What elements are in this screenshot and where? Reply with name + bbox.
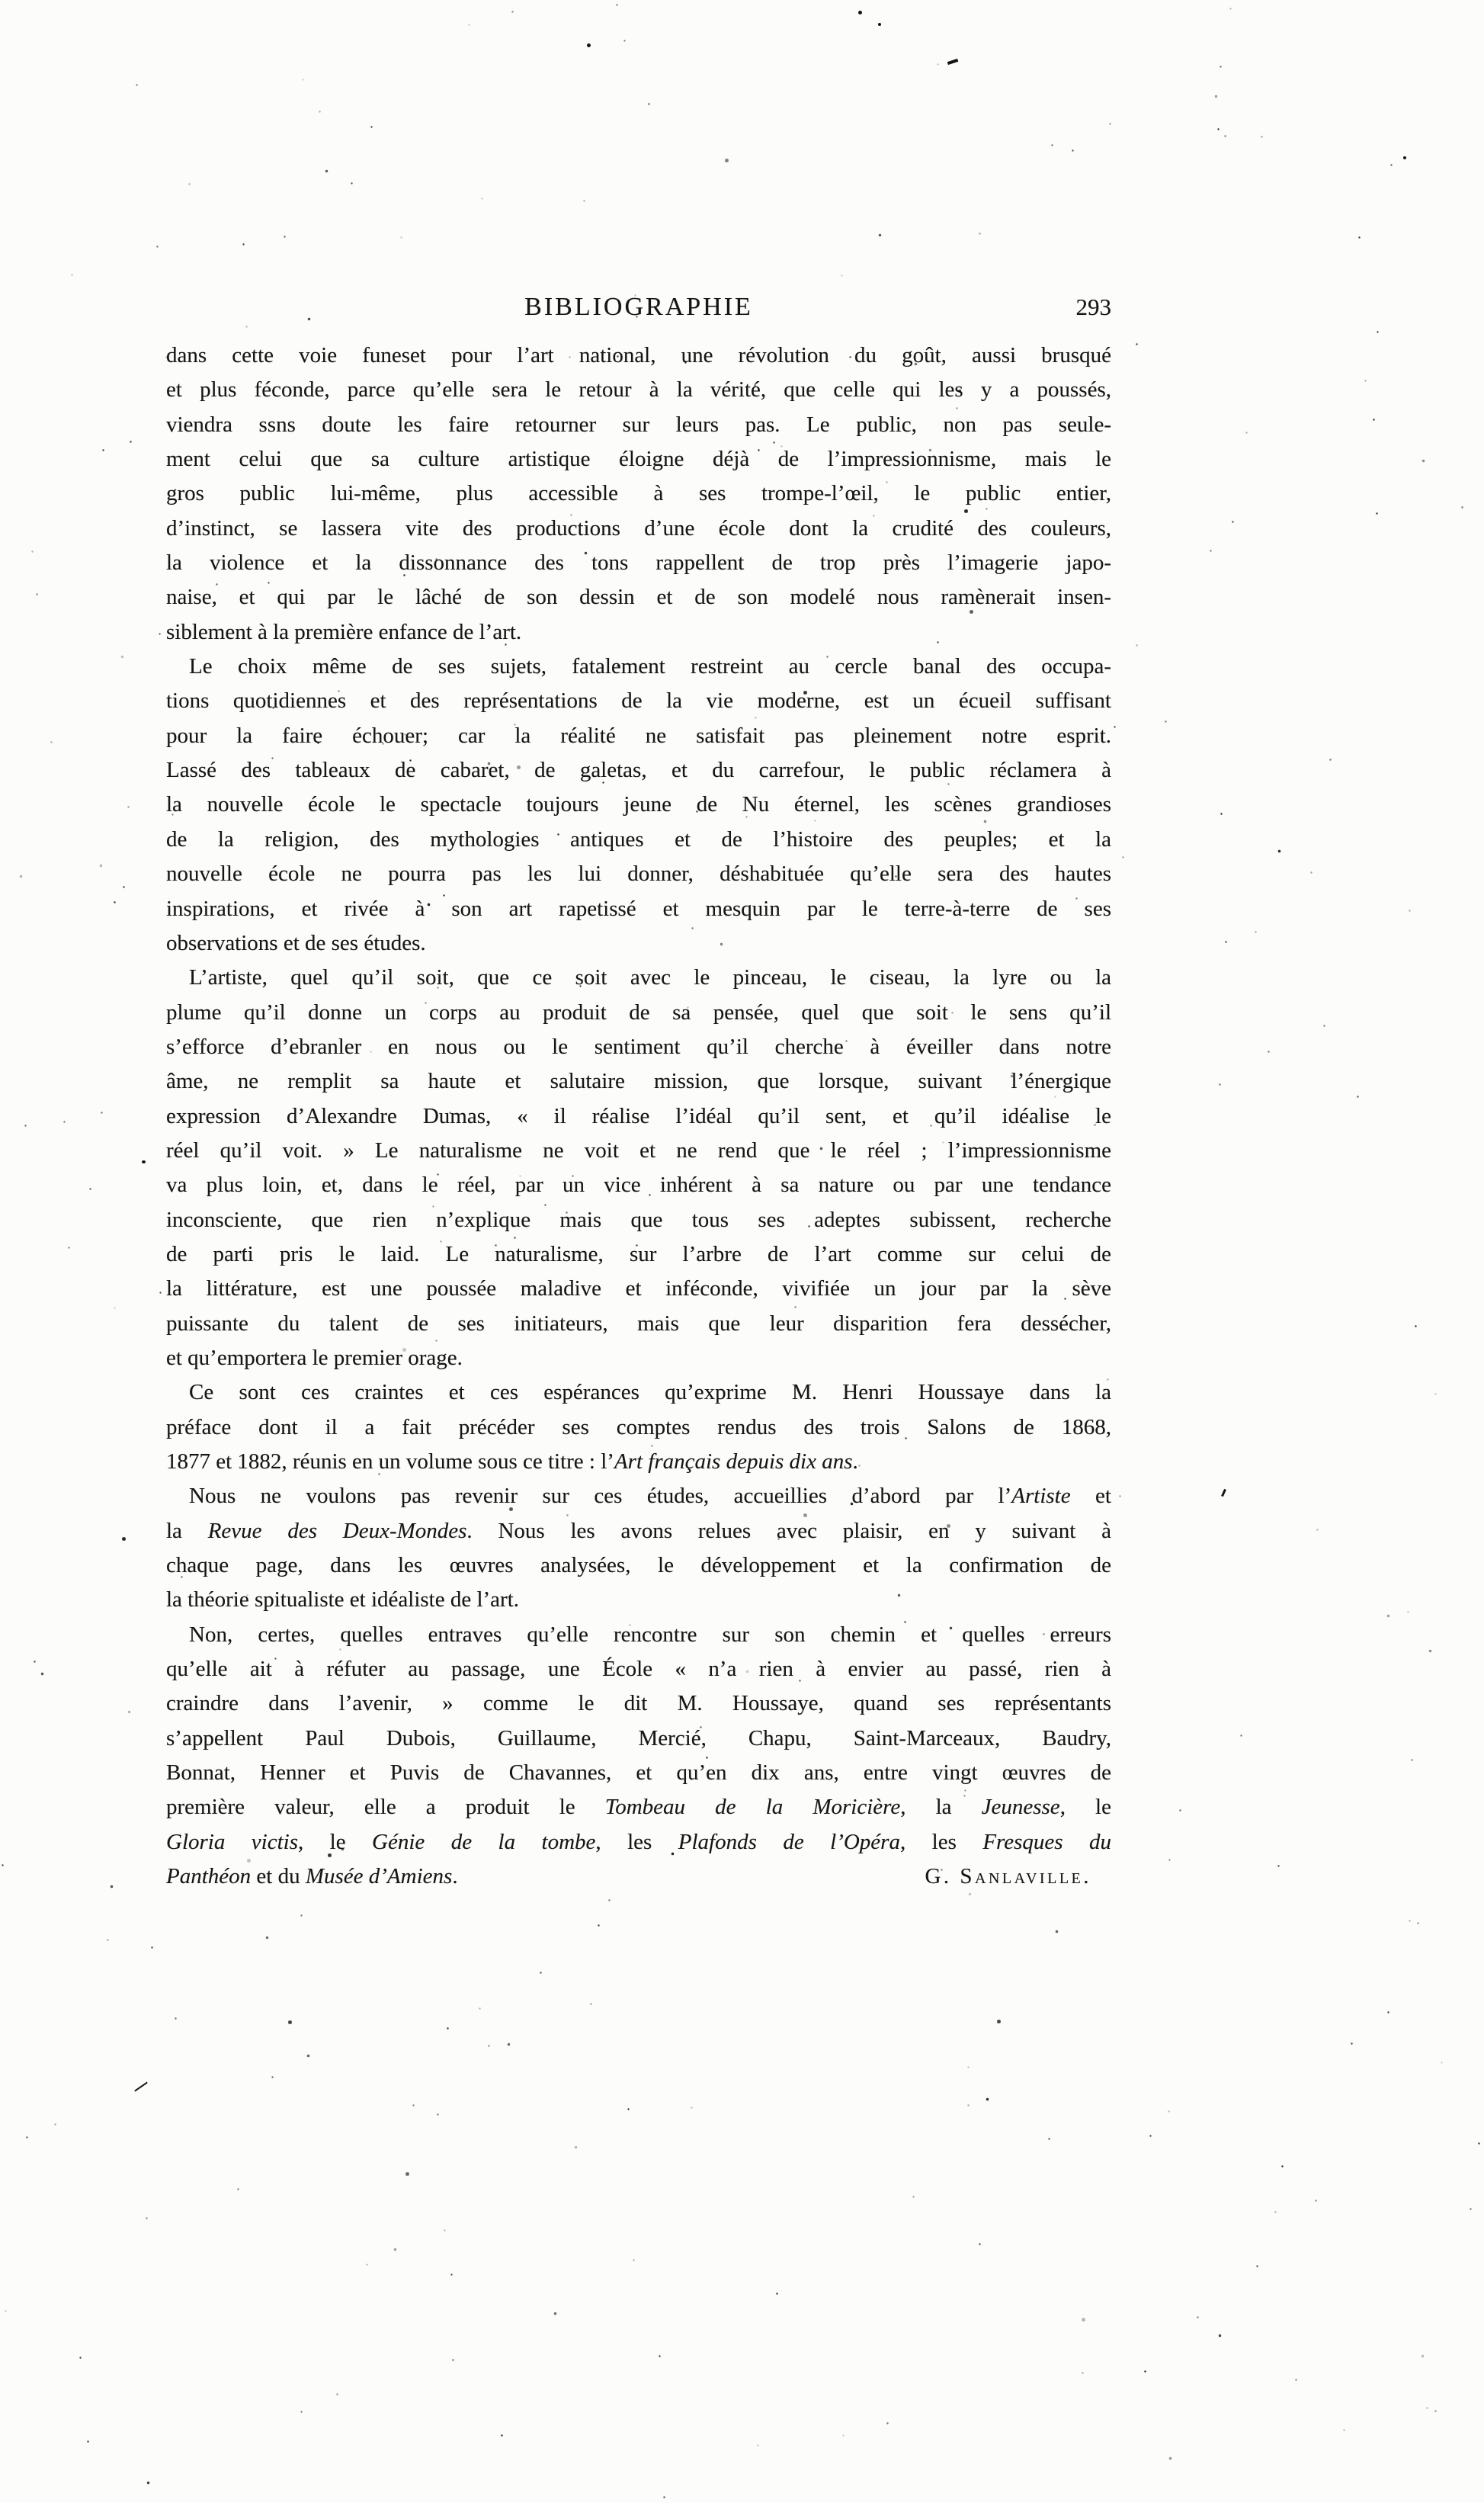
scan-artifact [587,43,591,47]
text-line: la littérature, est une poussée maladive… [166,1272,1111,1306]
italic-text-segment: Musée d’Amiens [306,1864,452,1888]
text-segment: , la [900,1795,981,1819]
text-line-content: Panthéon et du Musée d’Amiens. [166,1860,458,1894]
italic-text-segment: Jeunesse [982,1795,1060,1819]
text-segment: viendra ssns doute les faire retourner s… [166,412,1111,437]
text-line: la théorie spitualiste et idéaliste de l… [166,1583,1111,1617]
text-line: va plus loin, et, dans le réel, par un v… [166,1168,1111,1202]
text-segment: ment celui que sa culture artistique élo… [166,447,1111,471]
text-line: s’appellent Paul Dubois, Guillaume, Merc… [166,1722,1111,1756]
text-line: viendra ssns doute les faire retourner s… [166,408,1111,442]
text-line: craindre dans l’avenir, » comme le dit M… [166,1686,1111,1721]
text-line: nouvelle école ne pourra pas les lui don… [166,857,1111,891]
page-number: 293 [1076,294,1112,321]
text-segment: et du [251,1864,306,1888]
text-segment: Lassé des tableaux de cabaret, de galeta… [166,758,1111,782]
text-segment: inspirations, et rivée à son art rapetis… [166,897,1111,921]
text-segment: Ce sont ces craintes et ces espérances q… [189,1380,1111,1404]
scan-artifact [142,1160,146,1163]
italic-text-segment: Génie de la tombe [372,1830,595,1854]
text-segment: L’artiste, quel qu’il soit, que ce soit … [189,965,1111,990]
text-line: de la religion, des mythologies antiques… [166,823,1111,857]
text-segment: et qu’emportera le premier orage. [166,1346,463,1370]
text-segment: âme, ne remplit sa haute et salutaire mi… [166,1069,1111,1093]
text-segment: . [452,1864,457,1888]
text-line: L’artiste, quel qu’il soit, que ce soit … [166,961,1111,995]
text-line: la violence et la dissonnance des tons r… [166,546,1111,580]
text-segment: Nous ne voulons pas revenir sur ces étud… [189,1484,1011,1508]
scan-artifact [1221,1489,1226,1497]
italic-text-segment: Artiste [1011,1484,1070,1508]
page-title: BIBLIOGRAPHIE [166,293,1111,322]
text-line: 1877 et 1882, réunis en un volume sous c… [166,1445,1111,1479]
text-line: puissante du talent de ses initiateurs, … [166,1307,1111,1341]
text-segment: 1877 et 1882, réunis en un volume sous c… [166,1449,614,1474]
text-segment: la littérature, est une poussée maladive… [166,1276,1111,1301]
text-line: Le choix même de ses sujets, fatalement … [166,650,1111,684]
text-line: Ce sont ces craintes et ces espérances q… [166,1375,1111,1410]
author-signature: G. Sanlaville. [925,1860,1091,1894]
italic-text-segment: Revue des Deux-Mondes [208,1519,467,1543]
italic-text-segment: Gloria victis [166,1830,298,1854]
text-segment: nouvelle école ne pourra pas les lui don… [166,862,1111,886]
text-line: réel qu’il voit. » Le naturalisme ne voi… [166,1134,1111,1168]
text-segment: Non, certes, quelles entraves qu’elle re… [189,1622,1111,1647]
text-line: Lassé des tableaux de cabaret, de galeta… [166,753,1111,788]
scanned-book-page: BIBLIOGRAPHIE 293 dans cette voie funese… [0,0,1484,2503]
text-segment: craindre dans l’avenir, » comme le dit M… [166,1691,1111,1715]
text-segment: préface dont il a fait précéder ses comp… [166,1415,1111,1439]
text-line: plume qu’il donne un corps au produit de… [166,996,1111,1030]
text-line: Panthéon et du Musée d’Amiens.G. Sanlavi… [166,1860,1111,1894]
text-line: première valeur, elle a produit le Tombe… [166,1790,1111,1824]
text-segment: la nouvelle école le spectacle toujours … [166,792,1111,817]
text-segment: expression d’Alexandre Dumas, « il réali… [166,1104,1111,1128]
scan-artifact [878,23,881,26]
text-segment: réel qu’il voit. » Le naturalisme ne voi… [166,1138,1111,1163]
text-line: la nouvelle école le spectacle toujours … [166,788,1111,822]
text-line: observations et de ses études. [166,926,1111,961]
text-line: et plus féconde, parce qu’elle sera le r… [166,373,1111,407]
text-line: de parti pris le laid. Le naturalisme, s… [166,1237,1111,1272]
text-segment: . Nous les avons relues avec plaisir, en… [466,1519,1111,1543]
text-segment: de parti pris le laid. Le naturalisme, s… [166,1242,1111,1266]
text-segment: siblement à la première enfance de l’art… [166,620,521,644]
text-line: préface dont il a fait précéder ses comp… [166,1410,1111,1445]
text-line: naise, et qui par le lâché de son dessin… [166,580,1111,615]
text-line: s’efforce d’ebranler en nous ou le senti… [166,1030,1111,1064]
italic-text-segment: Art français depuis dix ans [614,1449,853,1474]
text-segment: chaque page, dans les œuvres analysées, … [166,1553,1111,1577]
scan-artifact [947,59,959,65]
scan-noise [0,0,1,1]
text-line: Non, certes, quelles entraves qu’elle re… [166,1618,1111,1652]
text-segment: la violence et la dissonnance des tons r… [166,550,1111,575]
text-segment: va plus loin, et, dans le réel, par un v… [166,1173,1111,1197]
italic-text-segment: Plafonds de l’Opéra [678,1830,900,1854]
body-text: dans cette voie funeset pour l’art natio… [166,339,1111,1894]
text-segment: de la religion, des mythologies antiques… [166,827,1111,852]
text-line: chaque page, dans les œuvres analysées, … [166,1548,1111,1583]
text-segment: , les [595,1830,678,1854]
text-segment: gros public lui-même, plus accessible à … [166,481,1111,505]
text-segment: d’instinct, se lassera vite des producti… [166,516,1111,541]
text-segment: puissante du talent de ses initiateurs, … [166,1311,1111,1336]
text-segment: pour la faire échouer; car la réalité ne… [166,724,1111,748]
text-segment: Bonnat, Henner et Puvis de Chavannes, et… [166,1760,1111,1785]
italic-text-segment: Tombeau de la Moricière [605,1795,900,1819]
text-line: la Revue des Deux-Mondes. Nous les avons… [166,1514,1111,1548]
text-segment: inconsciente, que rien n’explique mais q… [166,1208,1111,1232]
text-segment: tions quotidiennes et des représentation… [166,688,1111,713]
text-line: Bonnat, Henner et Puvis de Chavannes, et… [166,1756,1111,1790]
text-segment: , le [298,1830,372,1854]
text-line: expression d’Alexandre Dumas, « il réali… [166,1099,1111,1134]
running-header: BIBLIOGRAPHIE 293 [166,293,1111,326]
text-segment: première valeur, elle a produit le [166,1795,605,1819]
scan-artifact [1403,156,1406,159]
text-segment: . [853,1449,858,1474]
scan-artifact [858,11,862,14]
italic-text-segment: Fresques du [982,1830,1111,1854]
text-line: ment celui que sa culture artistique élo… [166,442,1111,477]
text-line: et qu’emportera le premier orage. [166,1341,1111,1375]
text-line: tions quotidiennes et des représentation… [166,684,1111,718]
text-line: siblement à la première enfance de l’art… [166,615,1111,650]
text-segment: dans cette voie funeset pour l’art natio… [166,343,1111,367]
text-line: gros public lui-même, plus accessible à … [166,477,1111,511]
text-line: inspirations, et rivée à son art rapetis… [166,892,1111,926]
text-line: inconsciente, que rien n’explique mais q… [166,1203,1111,1237]
text-line: qu’elle ait à réfuter au passage, une Éc… [166,1652,1111,1686]
text-segment: s’efforce d’ebranler en nous ou le senti… [166,1035,1111,1059]
text-segment: la [166,1519,208,1543]
text-line: d’instinct, se lassera vite des producti… [166,512,1111,546]
text-segment: plume qu’il donne un corps au produit de… [166,1000,1111,1025]
text-segment: Le choix même de ses sujets, fatalement … [189,654,1111,679]
text-segment: et [1071,1484,1111,1508]
text-segment: , le [1060,1795,1111,1819]
text-segment: qu’elle ait à réfuter au passage, une Éc… [166,1657,1111,1681]
italic-text-segment: Panthéon [166,1864,251,1888]
scan-artifact [134,2081,148,2091]
text-line: Gloria victis, le Génie de la tombe, les… [166,1825,1111,1860]
text-segment: observations et de ses études. [166,931,426,955]
text-segment: et plus féconde, parce qu’elle sera le r… [166,377,1111,402]
text-line: Nous ne voulons pas revenir sur ces étud… [166,1479,1111,1513]
text-segment: naise, et qui par le lâché de son dessin… [166,585,1111,609]
text-segment: , les [900,1830,982,1854]
text-segment: s’appellent Paul Dubois, Guillaume, Merc… [166,1726,1111,1750]
text-segment: la théorie spitualiste et idéaliste de l… [166,1587,519,1612]
text-line: âme, ne remplit sa haute et salutaire mi… [166,1064,1111,1099]
text-line: dans cette voie funeset pour l’art natio… [166,339,1111,373]
text-line: pour la faire échouer; car la réalité ne… [166,719,1111,753]
